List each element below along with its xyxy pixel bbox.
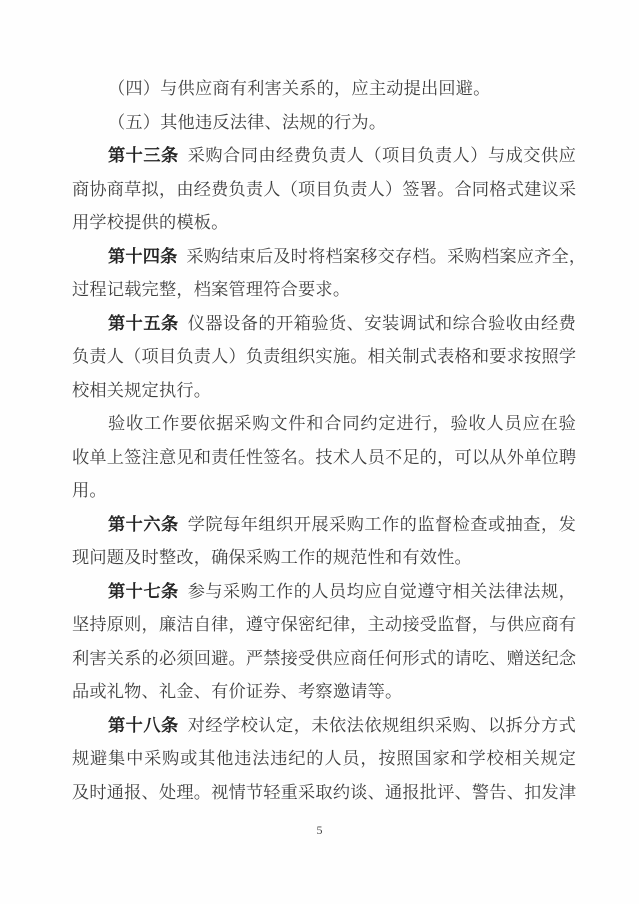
text-line: 验收工作要依据采购文件和合同约定进行，验收人员应在验 — [72, 407, 576, 441]
text-line: （四）与供应商有利害关系的，应主动提出回避。 — [72, 72, 576, 106]
text-line: 第十八条 对经学校认定，未依法依规组织采购、以拆分方式 — [72, 709, 576, 743]
page-number: 5 — [0, 823, 639, 838]
text-line: 商协商草拟，由经费负责人（项目负责人）签署。合同格式建议采 — [72, 173, 576, 207]
article-number: 第十三条 — [108, 146, 179, 165]
document-body: （四）与供应商有利害关系的，应主动提出回避。（五）其他违反法律、法规的行为。第十… — [72, 72, 576, 809]
text-line: 负责人（项目负责人）负责组织实施。相关制式表格和要求按照学 — [72, 340, 576, 374]
text-line: 用学校提供的模板。 — [72, 206, 576, 240]
text-line: 品或礼物、礼金、有价证券、考察邀请等。 — [72, 675, 576, 709]
article-number: 第十四条 — [108, 247, 178, 266]
article-number: 第十六条 — [108, 515, 179, 534]
article-number: 第十七条 — [108, 582, 179, 601]
article-number: 第十五条 — [108, 314, 179, 333]
text-line: 过程记载完整，档案管理符合要求。 — [72, 273, 576, 307]
text-line: 及时通报、处理。视情节轻重采取约谈、通报批评、警告、扣发津 — [72, 776, 576, 810]
text-line: 收单上签注意见和责任性签名。技术人员不足的，可以从外单位聘 — [72, 441, 576, 475]
text-line: 第十七条 参与采购工作的人员均应自觉遵守相关法律法规， — [72, 575, 576, 609]
text-line: 利害关系的必须回避。严禁接受供应商任何形式的请吃、赠送纪念 — [72, 642, 576, 676]
article-number: 第十八条 — [108, 716, 179, 735]
text-line: 第十三条 采购合同由经费负责人（项目负责人）与成交供应 — [72, 139, 576, 173]
text-line: 规避集中采购或其他违法违纪的人员，按照国家和学校相关规定 — [72, 742, 576, 776]
text-line: 现问题及时整改，确保采购工作的规范性和有效性。 — [72, 541, 576, 575]
text-line: 校相关规定执行。 — [72, 374, 576, 408]
document-page: （四）与供应商有利害关系的，应主动提出回避。（五）其他违反法律、法规的行为。第十… — [0, 0, 639, 904]
text-line: （五）其他违反法律、法规的行为。 — [72, 106, 576, 140]
text-line: 第十四条 采购结束后及时将档案移交存档。采购档案应齐全， — [72, 240, 576, 274]
text-line: 用。 — [72, 474, 576, 508]
text-line: 坚持原则，廉洁自律，遵守保密纪律，主动接受监督，与供应商有 — [72, 608, 576, 642]
text-line: 第十六条 学院每年组织开展采购工作的监督检查或抽查，发 — [72, 508, 576, 542]
text-line: 第十五条 仪器设备的开箱验货、安装调试和综合验收由经费 — [72, 307, 576, 341]
